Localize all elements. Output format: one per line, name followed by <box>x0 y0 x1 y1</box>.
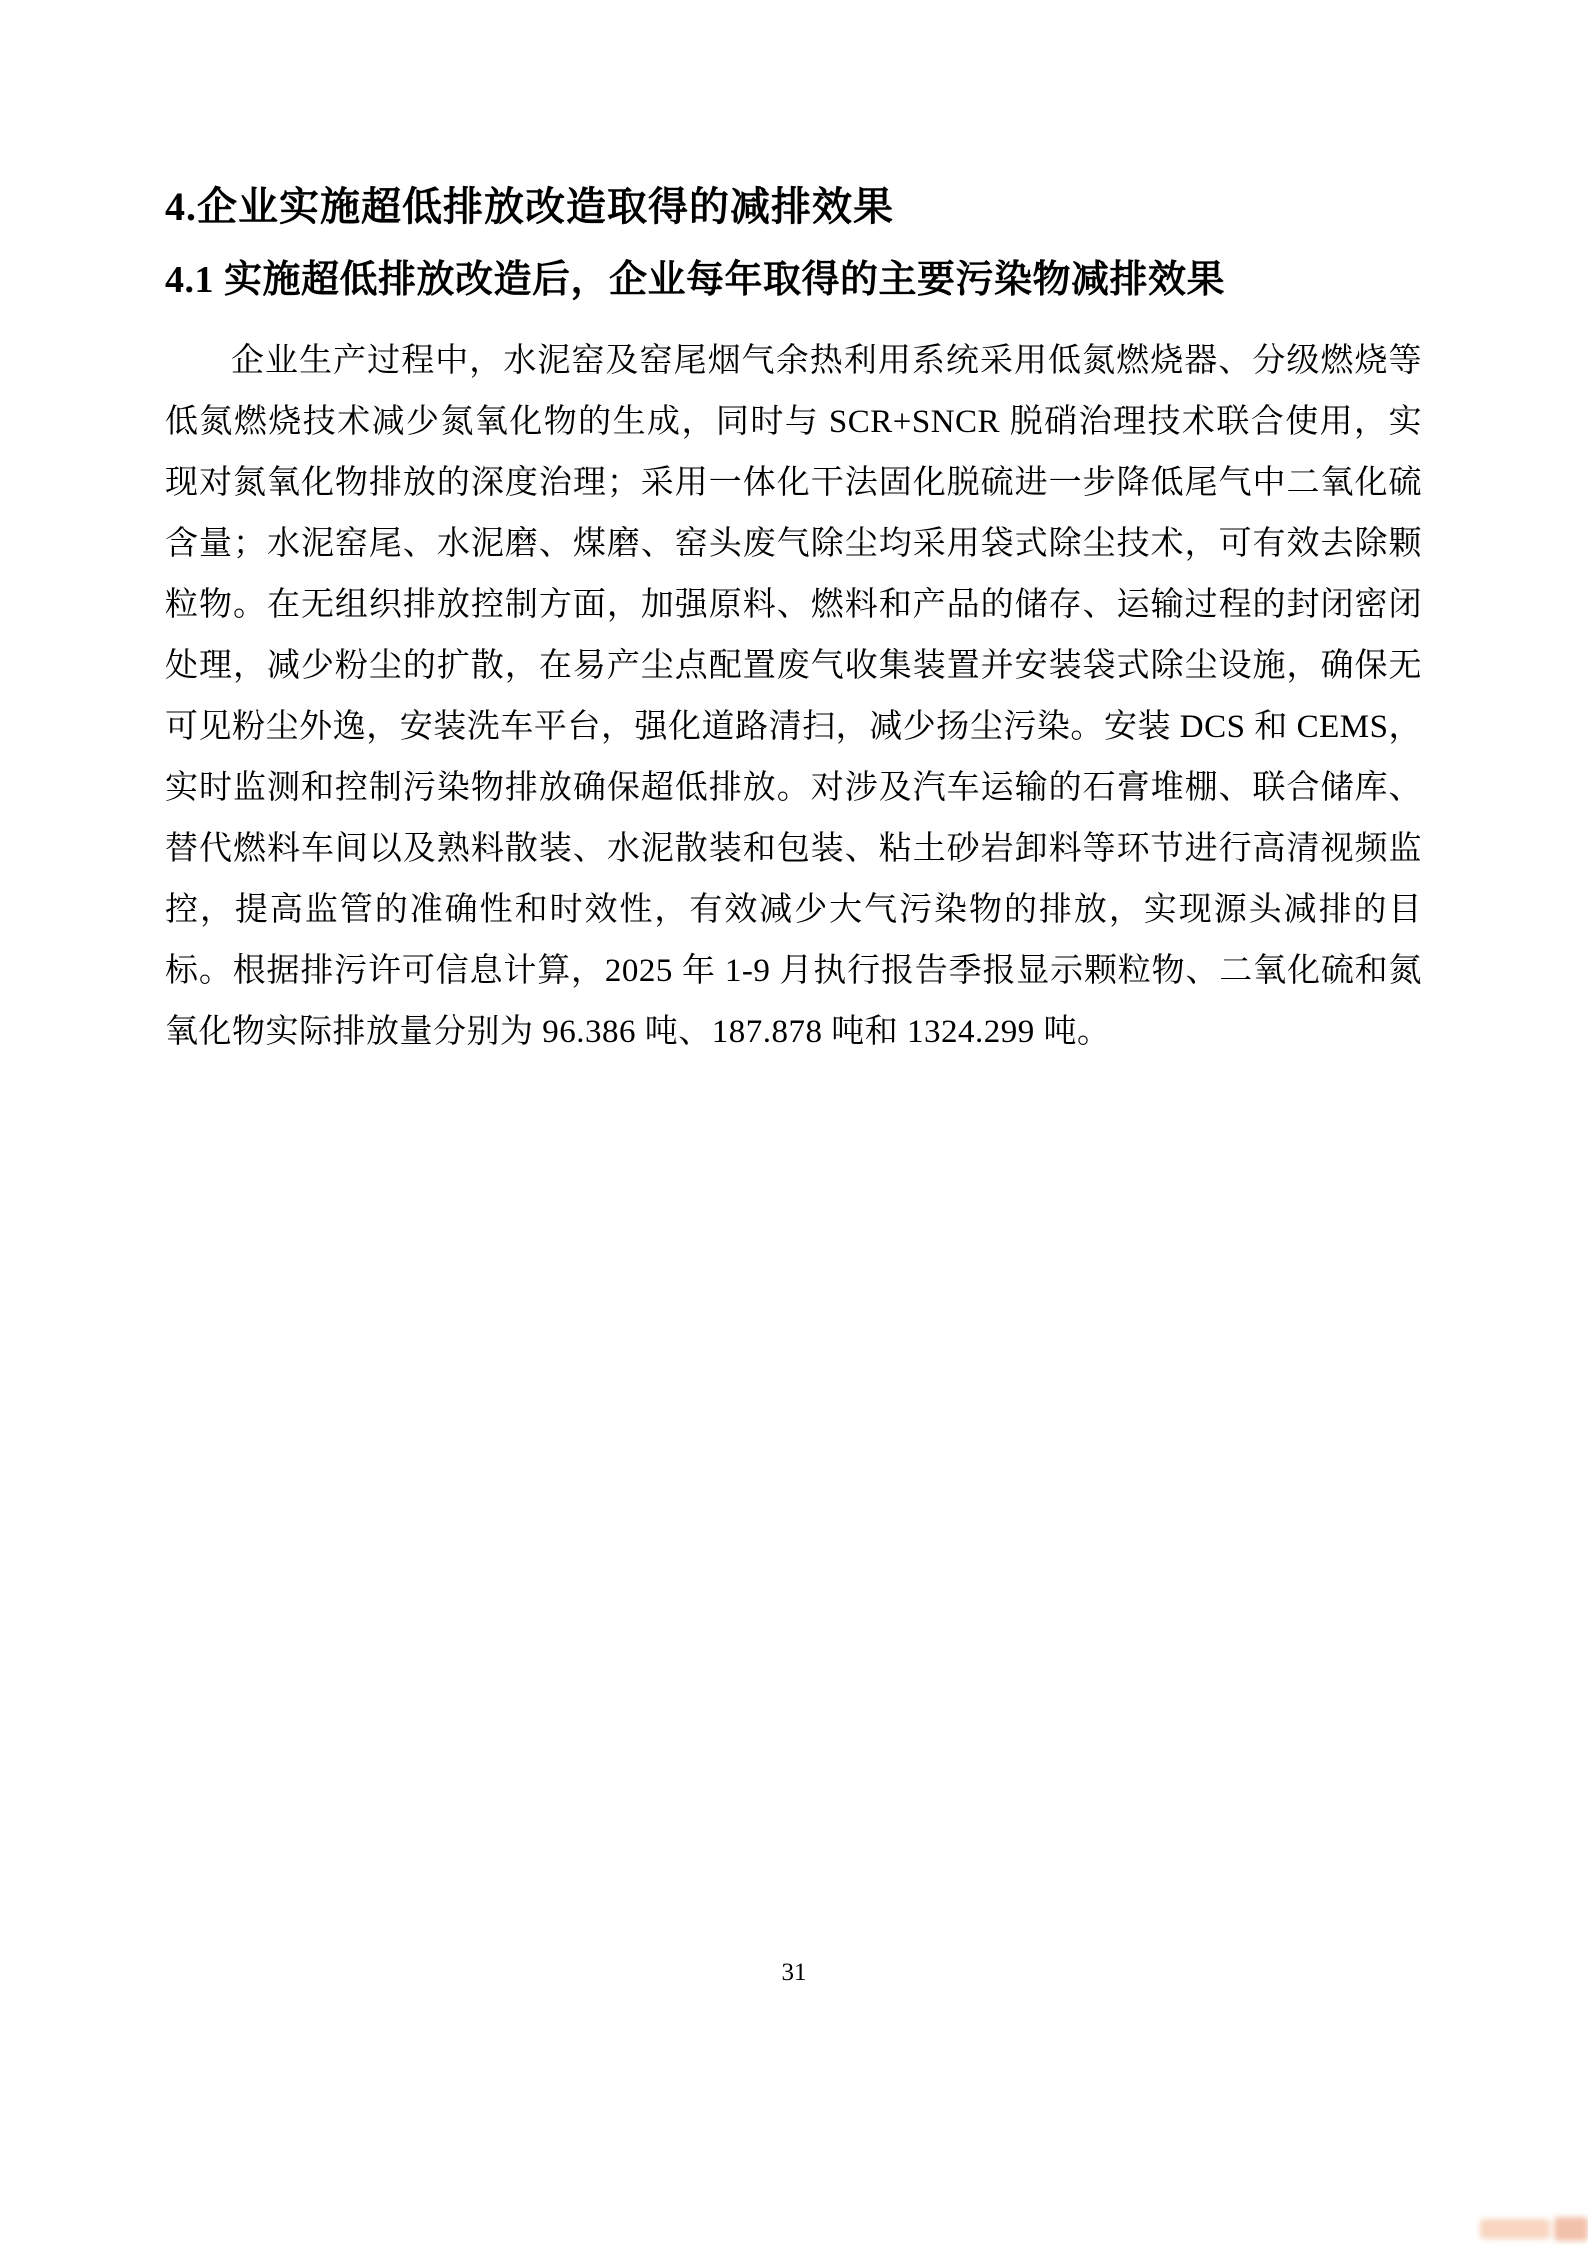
document-content: 4.企业实施超低排放改造取得的减排效果 4.1 实施超低排放改造后，企业每年取得… <box>165 183 1422 1063</box>
section-heading: 4.企业实施超低排放改造取得的减排效果 <box>165 183 1422 231</box>
subsection-heading: 4.1 实施超低排放改造后，企业每年取得的主要污染物减排效果 <box>165 257 1422 303</box>
body-paragraph: 企业生产过程中，水泥窑及窑尾烟气余热利用系统采用低氮燃烧器、分级燃烧等低氮燃烧技… <box>165 331 1422 1063</box>
corner-watermark <box>1476 2207 1588 2245</box>
document-page: 4.企业实施超低排放改造取得的减排效果 4.1 实施超低排放改造后，企业每年取得… <box>0 0 1588 2245</box>
watermark-mark <box>1554 2217 1588 2241</box>
page-number: 31 <box>0 1958 1588 1988</box>
watermark-mark <box>1480 2219 1550 2239</box>
